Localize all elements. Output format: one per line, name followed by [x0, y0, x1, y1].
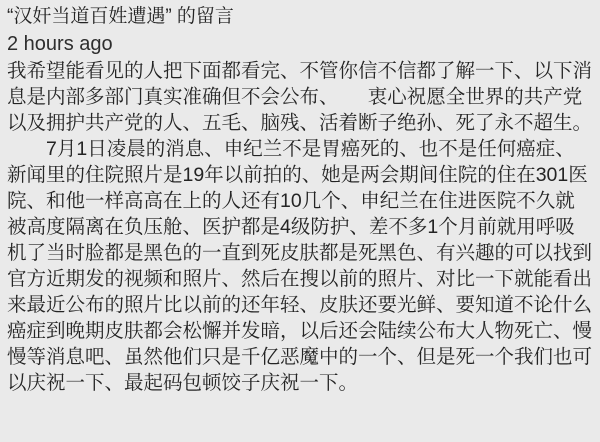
- comment-page: “汉奸当道百姓遭遇” 的留言 2 hours ago 我希望能看见的人把下面都看…: [0, 0, 600, 442]
- comment-title: “汉奸当道百姓遭遇” 的留言: [7, 3, 593, 31]
- comment-paragraph-1: 我希望能看见的人把下面都看完、不管你信不信都了解一下、以下消息是内部多部门真实准…: [7, 58, 593, 136]
- comment-timestamp: 2 hours ago: [7, 31, 593, 58]
- comment-paragraph-2: 7月1日凌晨的消息、申纪兰不是胃癌死的、也不是任何癌症、新闻里的住院照片是19年…: [7, 136, 593, 396]
